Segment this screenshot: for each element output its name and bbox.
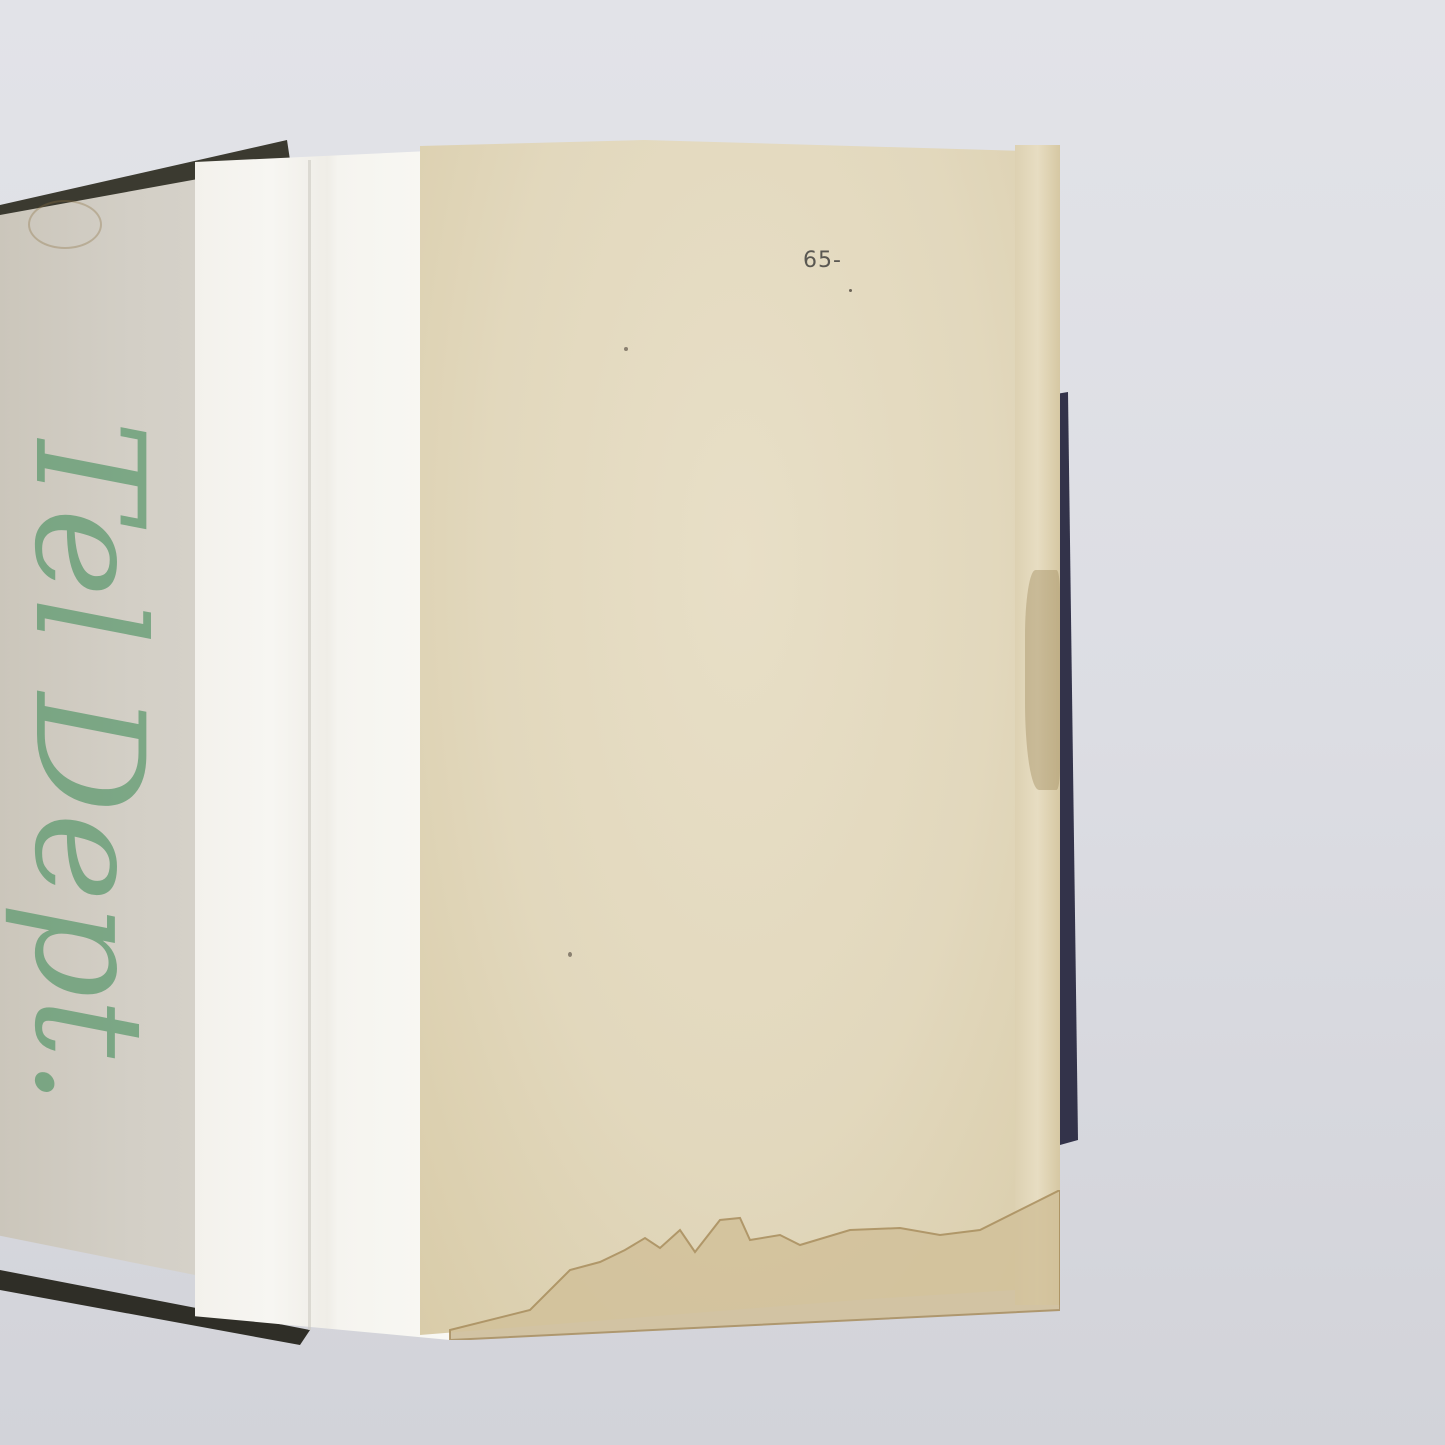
pencil-price-note: 65- (803, 248, 842, 273)
edge-water-stain (1025, 570, 1060, 790)
speck (849, 289, 852, 292)
hinge-tape-strip (195, 150, 450, 1340)
green-inscription: Tel Dept. (1, 420, 175, 1106)
water-stain (28, 200, 102, 249)
speck (568, 952, 572, 957)
hinge-fold-line (308, 160, 311, 1330)
right-page (420, 140, 1060, 1335)
speck (624, 347, 628, 351)
bottom-water-damage (420, 1190, 1060, 1340)
